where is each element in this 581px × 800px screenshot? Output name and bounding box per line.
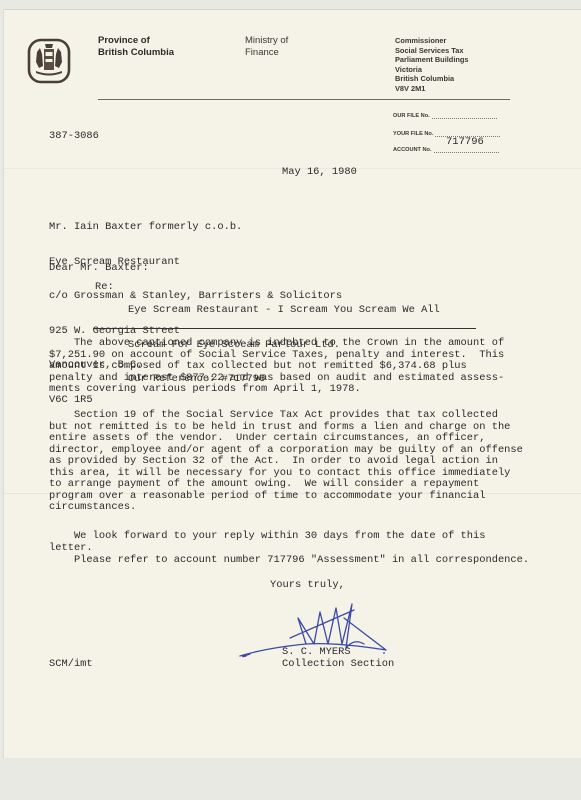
re-line: Eye Scream Restaurant - I Scream You Scr… xyxy=(128,305,440,317)
ministry-line: Ministry of xyxy=(245,35,288,47)
re-underline xyxy=(93,328,476,329)
province-line: British Columbia xyxy=(98,47,174,59)
re-label: Re: xyxy=(95,282,114,294)
phone-number: 387-3086 xyxy=(49,131,99,143)
letterhead-divider xyxy=(98,99,303,100)
paragraph-line: to arrange payment of the amount owing. … xyxy=(49,479,523,491)
salutation: Dear Mr. Baxter: xyxy=(49,263,149,275)
paragraph-account-reference: Please refer to account number 717796 "A… xyxy=(49,555,529,567)
letterhead-divider xyxy=(300,99,510,100)
closing: Yours truly, xyxy=(270,580,345,592)
paragraph-reply: We look forward to your reply within 30 … xyxy=(49,531,485,554)
paragraph-indebtedness: The above captioned company is indebted … xyxy=(49,338,504,396)
paragraph-line: The above captioned company is indebted … xyxy=(49,338,504,350)
paragraph-line: letter. xyxy=(49,543,485,555)
typist-initials: SCM/imt xyxy=(49,659,93,671)
our-file-field: OUR FILE No. xyxy=(393,113,497,119)
paragraph-line: ments covering various periods from Apri… xyxy=(49,384,504,396)
letterhead-province: Province of British Columbia xyxy=(98,35,174,58)
our-file-label: OUR FILE No. xyxy=(393,113,430,119)
paragraph-line: Please refer to account number 717796 "A… xyxy=(49,555,529,567)
signer-department: Collection Section xyxy=(282,659,394,671)
paragraph-line: entire assets of the vendor. Under certa… xyxy=(49,433,523,445)
address-line: British Columbia xyxy=(395,74,469,84)
account-number: 717796 xyxy=(446,136,484,148)
paragraph-section-19: Section 19 of the Social Service Tax Act… xyxy=(49,410,523,514)
your-file-label: YOUR FILE No. xyxy=(393,131,433,137)
province-line: Province of xyxy=(98,35,174,47)
letterhead-address: Commissioner Social Services Tax Parliam… xyxy=(395,36,469,94)
address-line: Commissioner xyxy=(395,36,469,46)
address-line: V8V 2M1 xyxy=(395,84,469,94)
coat-of-arms-icon xyxy=(27,38,71,84)
letter-date: May 16, 1980 xyxy=(282,167,357,179)
address-line: Parliament Buildings xyxy=(395,55,469,65)
recipient-line: Mr. Iain Baxter formerly c.o.b. xyxy=(49,222,342,234)
address-line: Victoria xyxy=(395,65,469,75)
account-label: ACCOUNT No. xyxy=(393,147,432,153)
ministry-line: Finance xyxy=(245,47,288,59)
paragraph-line: as provided by Section 32 of the Act. In… xyxy=(49,456,523,468)
paragraph-line: circumstances. xyxy=(49,502,523,514)
paragraph-line: We look forward to your reply within 30 … xyxy=(49,531,485,543)
letterhead-ministry: Ministry of Finance xyxy=(245,35,288,58)
signer-name: S. C. MYERS xyxy=(282,647,351,659)
paragraph-line: Section 19 of the Social Service Tax Act… xyxy=(49,410,523,422)
address-line: Social Services Tax xyxy=(395,46,469,56)
paragraph-line: amount is composed of tax collected but … xyxy=(49,361,504,373)
